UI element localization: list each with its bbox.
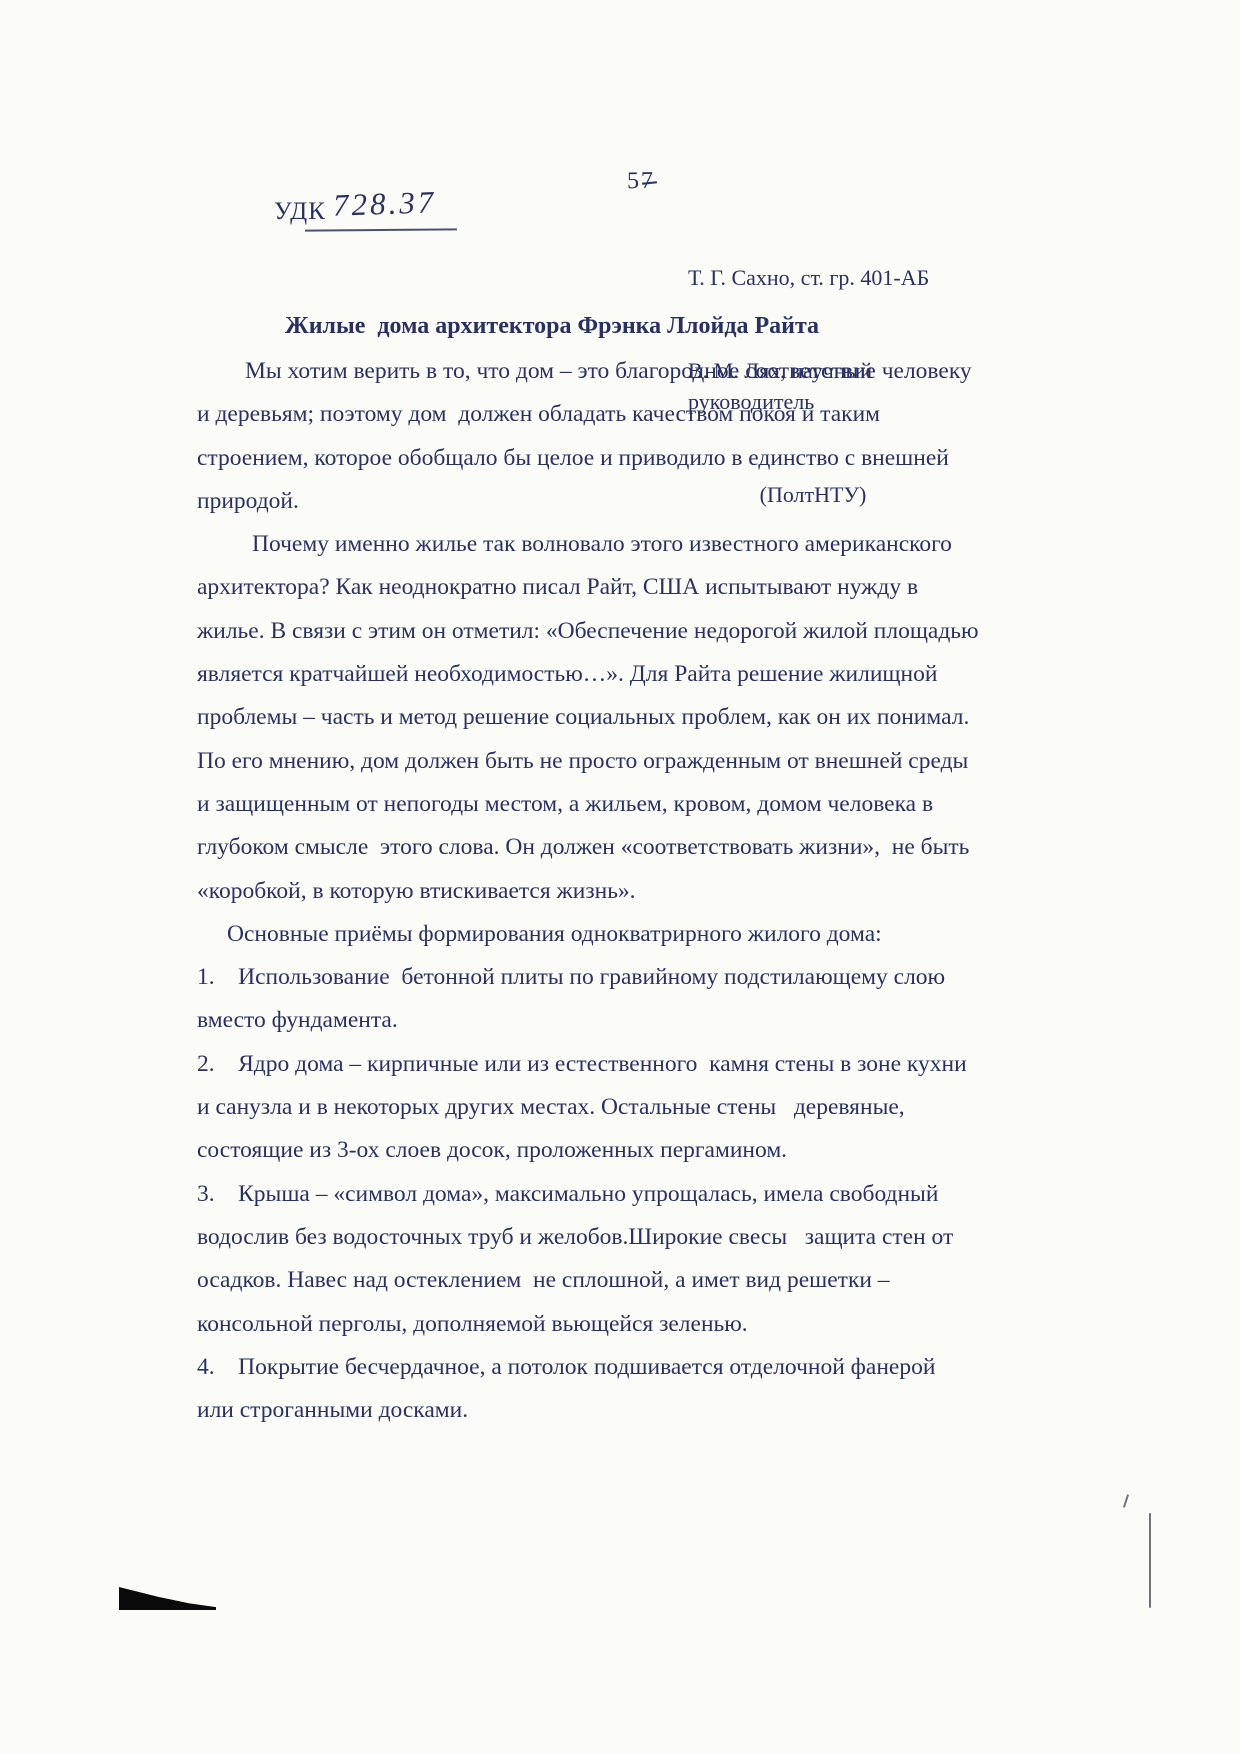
scan-tick-mark-artifact bbox=[1123, 1494, 1129, 1508]
text-line: или строганными досками. bbox=[197, 1389, 1053, 1432]
text-line: По его мнению, дом должен быть не просто… bbox=[197, 740, 1053, 783]
text-line: и защищенным от непогоды местом, а жилье… bbox=[197, 783, 1053, 826]
text-line: и деревьям; поэтому дом должен обладать … bbox=[197, 393, 1053, 436]
text-line: природой. bbox=[197, 480, 1053, 523]
text-line: 3. Крыша – «символ дома», максимально уп… bbox=[197, 1173, 1053, 1216]
scan-corner-shadow-artifact bbox=[119, 1586, 216, 1610]
text-line: и санузла и в некоторых других местах. О… bbox=[197, 1086, 1053, 1129]
text-line: глубоком смысле этого слова. Он должен «… bbox=[197, 826, 1053, 869]
text-line: архитектора? Как неоднократно писал Райт… bbox=[197, 566, 1053, 609]
text-line: Основные приёмы формирования однокватрир… bbox=[197, 913, 1053, 956]
udk-handwritten-value: 728.37 bbox=[332, 184, 436, 224]
document-title: Жилые дома архитектора Фрэнка Ллойда Рай… bbox=[197, 313, 907, 340]
scan-edge-line-artifact bbox=[1149, 1513, 1151, 1608]
text-line: Мы хотим верить в то, что дом – это благ… bbox=[197, 350, 1053, 393]
paragraph: Почему именно жилье так волновало этого … bbox=[197, 523, 1053, 913]
text-line: 1. Использование бетонной плиты по грави… bbox=[197, 956, 1053, 999]
text-line: проблемы – часть и метод решение социаль… bbox=[197, 696, 1053, 739]
list-item: 4. Покрытие бесчердачное, а потолок подш… bbox=[197, 1346, 1053, 1433]
document-body: Мы хотим верить в то, что дом – это благ… bbox=[197, 350, 1053, 1432]
byline-author: Т. Г. Сахно, ст. гр. 401-АБ bbox=[688, 262, 938, 293]
text-line: консольной перголы, дополняемой вьющейся… bbox=[197, 1303, 1053, 1346]
paragraph: Мы хотим верить в то, что дом – это благ… bbox=[197, 350, 1053, 523]
udk-label: УДК bbox=[274, 198, 326, 226]
text-line: водослив без водосточных труб и желобов.… bbox=[197, 1216, 1053, 1259]
text-line: состоящие из 3-ох слоев досок, проложенн… bbox=[197, 1129, 1053, 1172]
list-item: 2. Ядро дома – кирпичные или из естестве… bbox=[197, 1043, 1053, 1173]
list-item: 1. Использование бетонной плиты по грави… bbox=[197, 956, 1053, 1043]
scanned-document-page: 57 УДК 728.37 Т. Г. Сахно, ст. гр. 401-А… bbox=[0, 0, 1240, 1754]
text-line: «коробкой, в которую втискивается жизнь»… bbox=[197, 870, 1053, 913]
text-line: является кратчайшей необходимостью…». Дл… bbox=[197, 653, 1053, 696]
text-line: жилье. В связи с этим он отметил: «Обесп… bbox=[197, 610, 1053, 653]
text-line: строением, которое обобщало бы целое и п… bbox=[197, 437, 1053, 480]
list-item: 3. Крыша – «символ дома», максимально уп… bbox=[197, 1173, 1053, 1346]
paragraph: Основные приёмы формирования однокватрир… bbox=[197, 913, 1053, 956]
udk-underline bbox=[305, 228, 457, 231]
text-line: 4. Покрытие бесчердачное, а потолок подш… bbox=[197, 1346, 1053, 1389]
text-line: 2. Ядро дома – кирпичные или из естестве… bbox=[197, 1043, 1053, 1086]
text-line: осадков. Навес над остеклением не сплошн… bbox=[197, 1259, 1053, 1302]
text-line: вместо фундамента. bbox=[197, 999, 1053, 1042]
text-line: Почему именно жилье так волновало этого … bbox=[197, 523, 1053, 566]
